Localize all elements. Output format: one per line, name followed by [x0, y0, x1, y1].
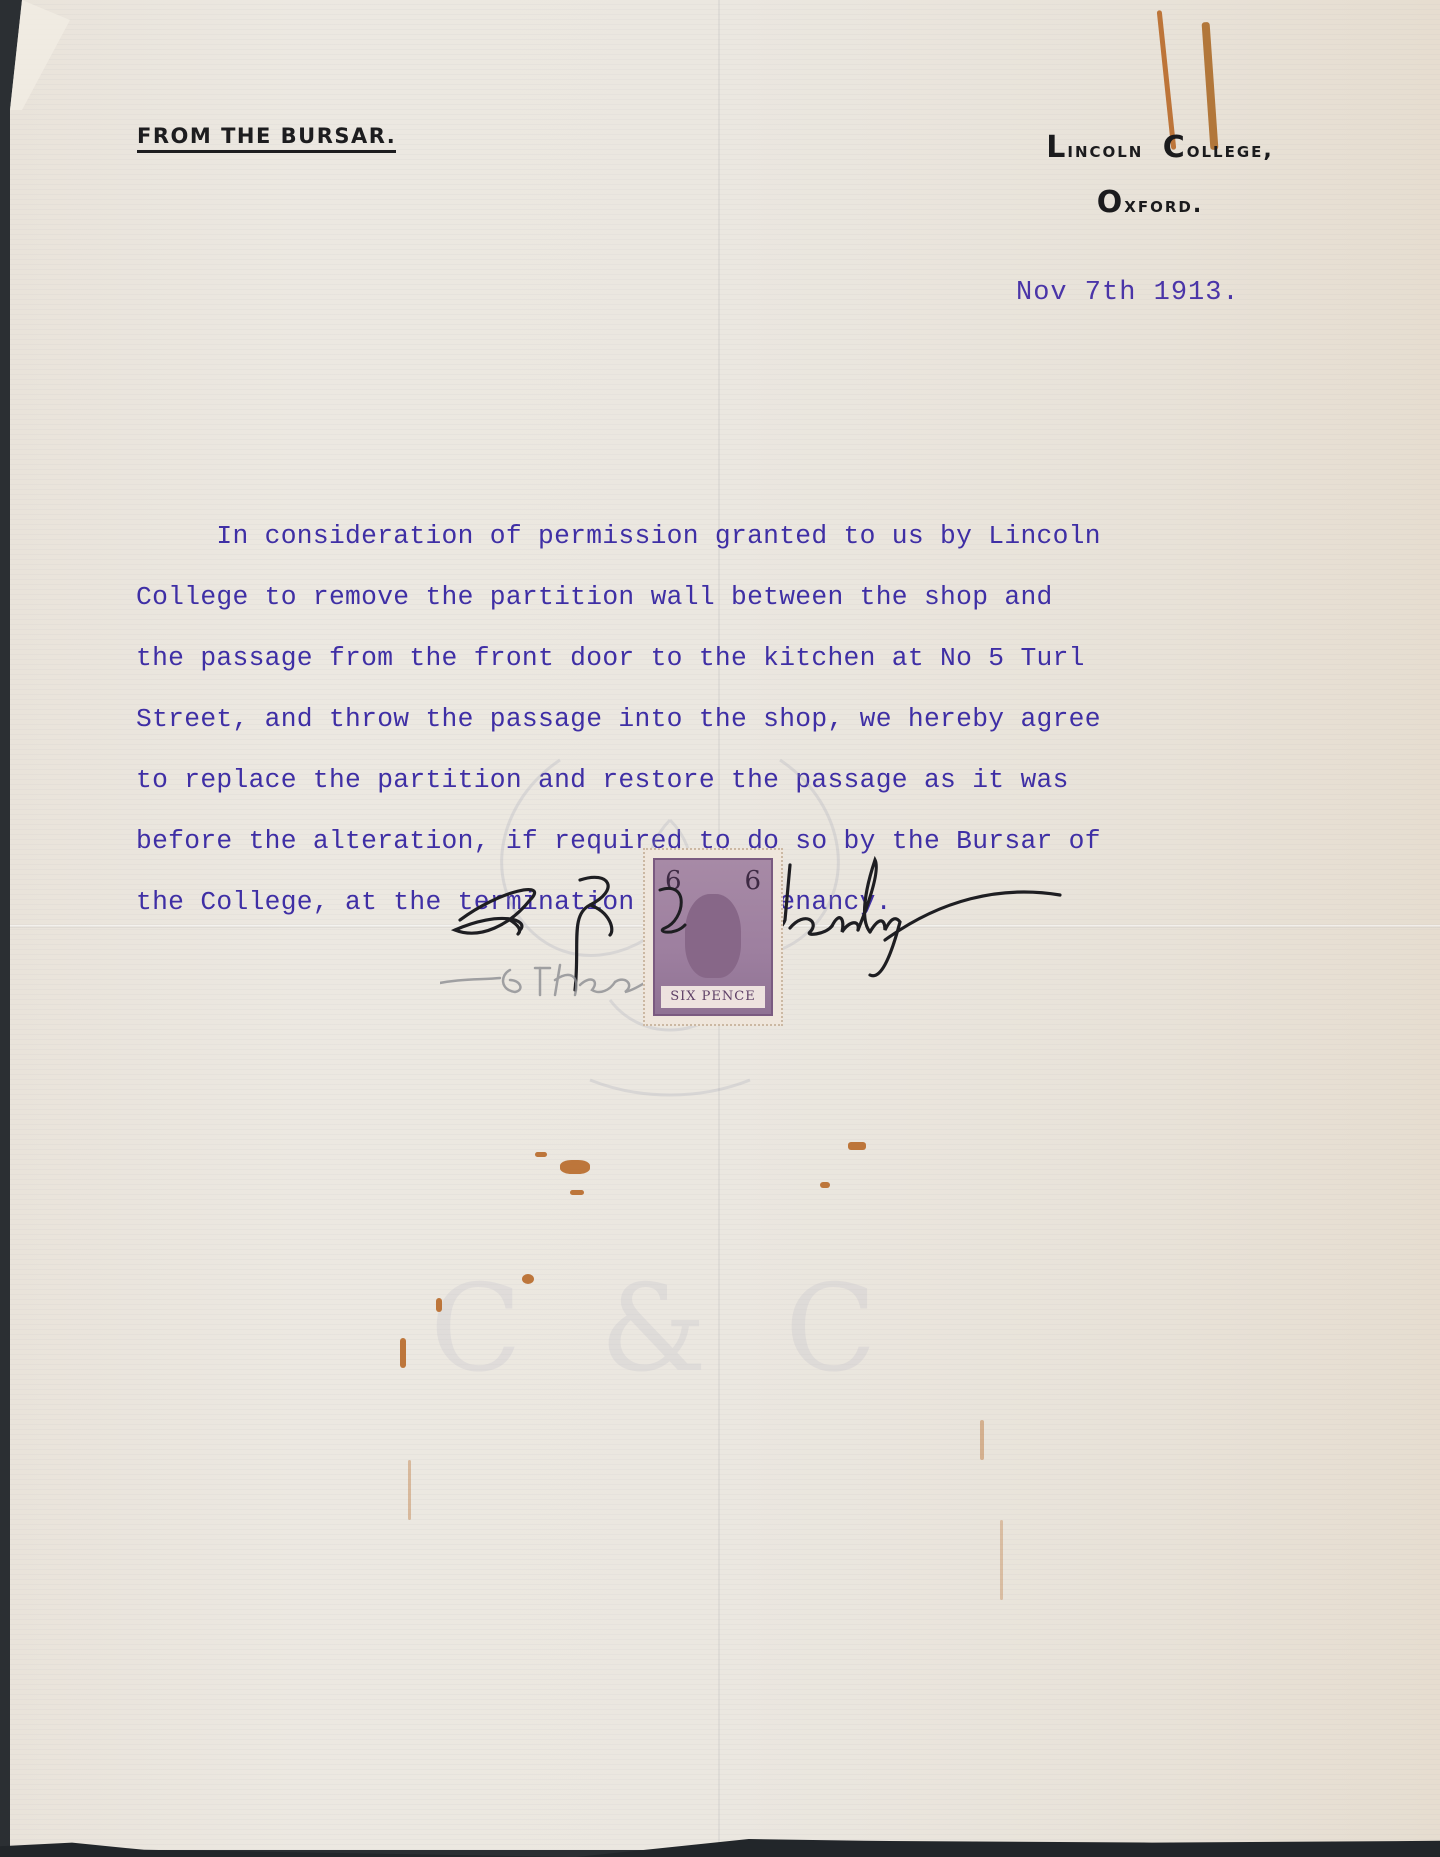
letter-date: Nov 7th 1913.: [1016, 278, 1240, 308]
body-line: College to remove the partition wall bet…: [136, 582, 1276, 613]
watermark-monogram: C & C: [430, 1260, 897, 1399]
college-city: Oxford.: [990, 185, 1310, 220]
rust-spot: [820, 1182, 830, 1188]
rust-spot: [408, 1460, 411, 1520]
rust-spot: [400, 1338, 406, 1368]
stamp-value-right: 6: [744, 866, 761, 896]
stamp-caption: SIX PENCE: [661, 986, 765, 1008]
rust-spot: [522, 1274, 534, 1284]
college-name: Lincoln College,: [1010, 130, 1310, 165]
body-line: In consideration of permission granted t…: [136, 521, 1276, 552]
rust-spot: [436, 1298, 442, 1312]
rust-spot: [848, 1142, 866, 1150]
letterhead-address: Lincoln College, Oxford.: [990, 130, 1310, 220]
body-line: the passage from the front door to the k…: [136, 643, 1276, 674]
rust-spot: [980, 1420, 984, 1460]
rust-spot: [535, 1152, 547, 1157]
signature-overlay-icon: [560, 880, 720, 960]
from-bursar-heading: FROM THE BURSAR.: [137, 124, 396, 153]
rust-spot: [560, 1160, 590, 1174]
rust-spot: [1000, 1520, 1003, 1600]
rust-spot: [570, 1190, 584, 1195]
